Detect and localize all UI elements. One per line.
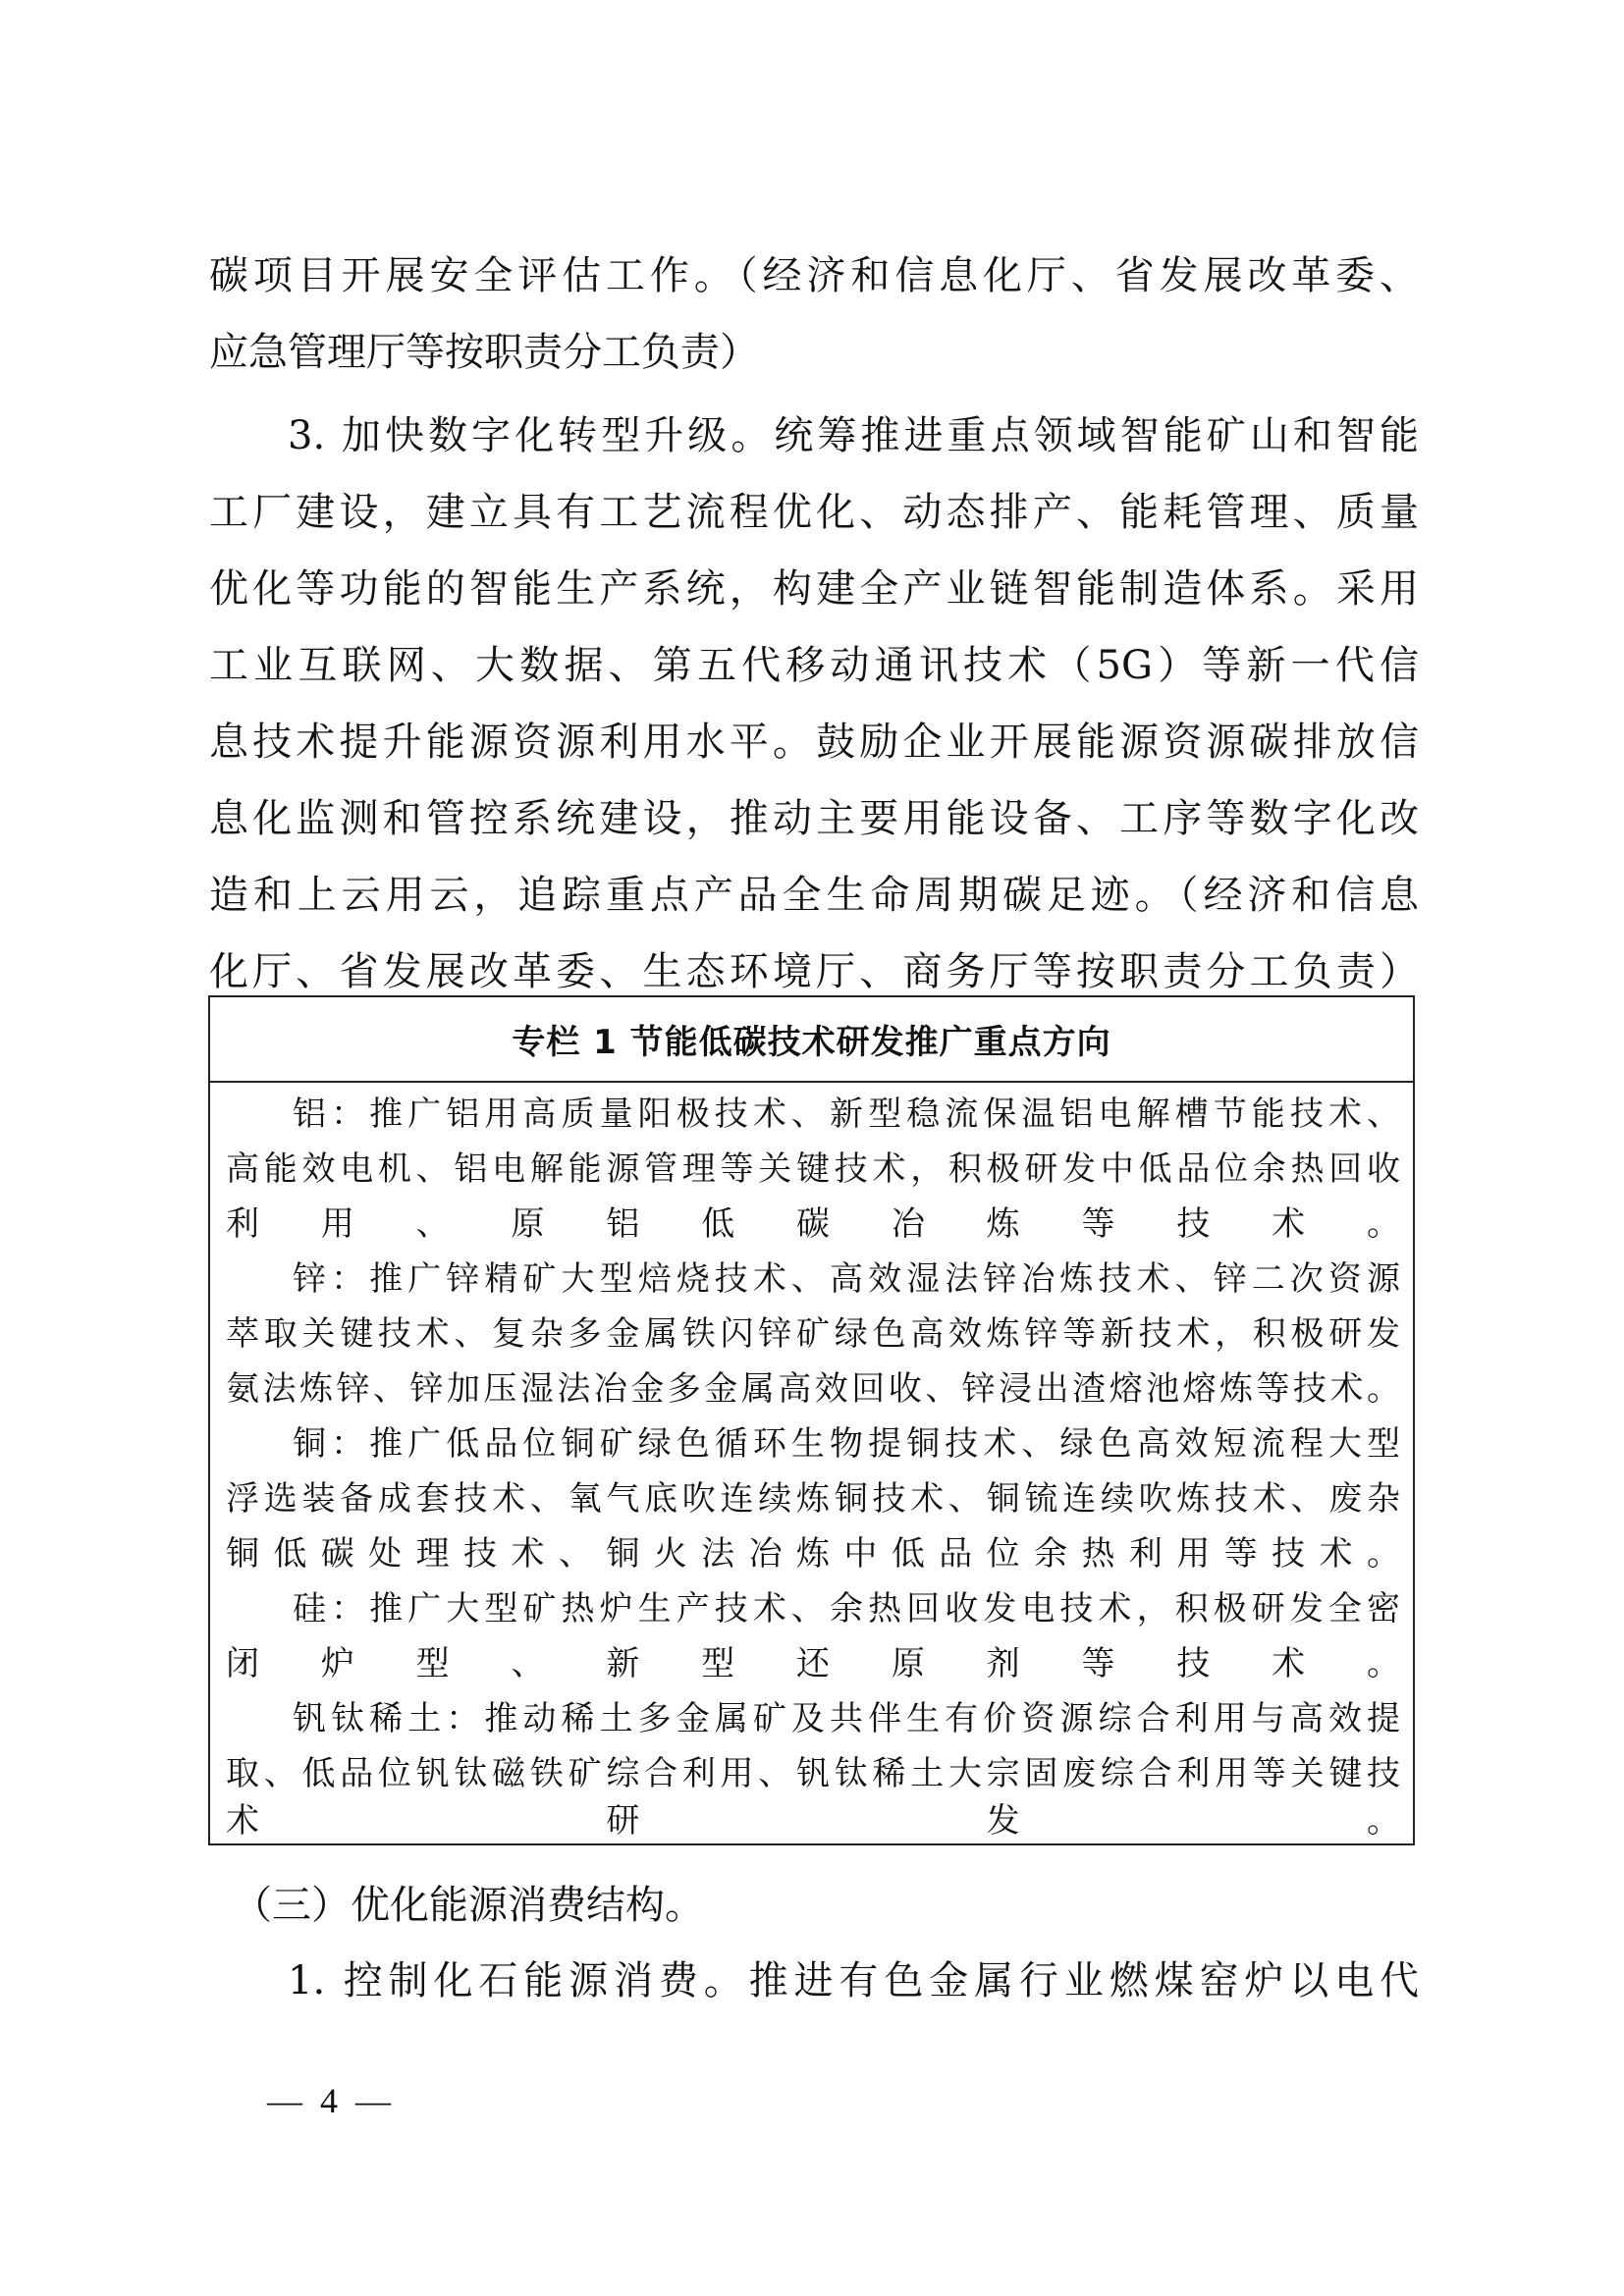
box-line: 高能效电机、铝电解能源管理等关键技术，积极研发中低品位余热回收 (226, 1148, 1400, 1190)
box-line: 锌：推广锌精矿大型焙烧技术、高效湿法锌冶炼技术、锌二次资源 (293, 1258, 1400, 1300)
box-line: 氨法炼锌、锌加压湿法冶金多金属高效回收、锌浸出渣熔池熔炼等技术。 (226, 1368, 1400, 1410)
box-line: 闭炉型、新型还原剂等技术。 (226, 1643, 1400, 1684)
paragraph-line: 工厂建设，建立具有工艺流程优化、动态排产、能耗管理、质量 (209, 488, 1419, 537)
paragraph-line: 应急管理厅等按职责分工负责） (209, 328, 1419, 377)
box-line: 取、低品位钒钛磁铁矿综合利用、钒钛稀土大宗固废综合利用等关键技 (226, 1753, 1400, 1794)
paragraph-line: 息化监测和管控系统建设，推动主要用能设备、工序等数字化改 (209, 794, 1419, 843)
box-line: 铝：推广铝用高质量阳极技术、新型稳流保温铝电解槽节能技术、 (293, 1094, 1400, 1135)
box-line: 利用、原铝低碳冶炼等技术。 (226, 1203, 1400, 1245)
box-line: 铜低碳处理技术、铜火法冶炼中低品位余热利用等技术。 (226, 1533, 1400, 1575)
box-line: 钒钛稀土：推动稀土多金属矿及共伴生有价资源综合利用与高效提 (293, 1698, 1400, 1739)
feature-box-title: 专栏 1 节能低碳技术研发推广重点方向 (512, 1015, 1110, 1063)
paragraph-line: 工业互联网、大数据、第五代移动通讯技术（5G）等新一代信 (209, 641, 1419, 690)
paragraph-line: 3. 加快数字化转型升级。统筹推进重点领域智能矿山和智能 (288, 411, 1419, 460)
paragraph-line: 造和上云用云，追踪重点产品全生命周期碳足迹。（经济和信息 (209, 871, 1419, 920)
feature-box: 专栏 1 节能低碳技术研发推广重点方向 铝：推广铝用高质量阳极技术、新型稳流保温… (208, 995, 1415, 1845)
paragraph-line: 化厅、省发展改革委、生态环境厅、商务厅等按职责分工负责） (209, 947, 1419, 996)
paragraph-line: 息技术提升能源资源利用水平。鼓励企业开展能源资源碳排放信 (209, 718, 1419, 767)
paragraph-line: 1. 控制化石能源消费。推进有色金属行业燃煤窑炉以电代 (288, 1956, 1419, 2005)
box-line: 硅：推广大型矿热炉生产技术、余热回收发电技术，积极研发全密 (293, 1588, 1400, 1629)
box-line: 铜：推广低品位铜矿绿色循环生物提铜技术、绿色高效短流程大型 (293, 1423, 1400, 1465)
feature-box-header: 专栏 1 节能低碳技术研发推广重点方向 (210, 997, 1413, 1083)
box-line: 浮选装备成套技术、氧气底吹连续炼铜技术、铜锍连续吹炼技术、废杂 (226, 1478, 1400, 1520)
box-line: 萃取关键技术、复杂多金属铁闪锌矿绿色高效炼锌等新技术，积极研发 (226, 1313, 1400, 1355)
paragraph-line: 碳项目开展安全评估工作。（经济和信息化厅、省发展改革委、 (209, 251, 1419, 300)
page-number: — 4 — (267, 2081, 391, 2120)
box-line: 术研发。 (226, 1800, 1400, 1842)
paragraph-line: 优化等功能的智能生产系统，构建全产业链智能制造体系。采用 (209, 564, 1419, 614)
section-heading: （三）优化能源消费结构。 (233, 1881, 1411, 1930)
